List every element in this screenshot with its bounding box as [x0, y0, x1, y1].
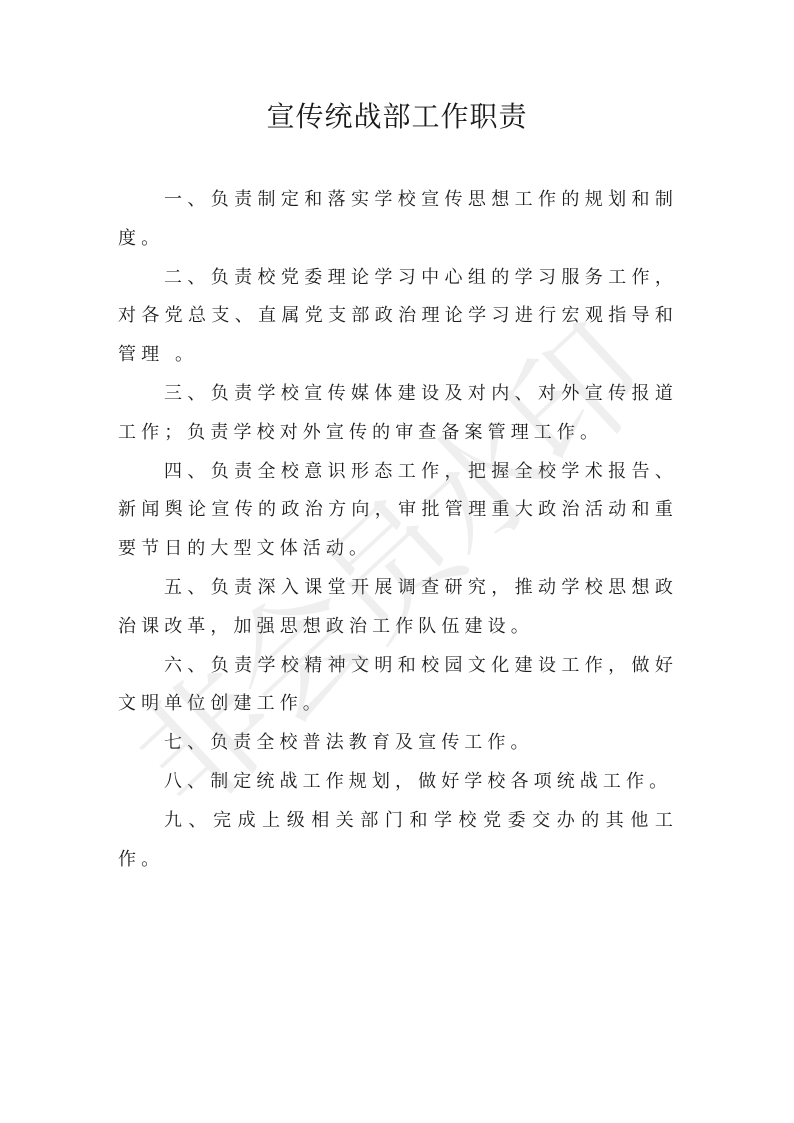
duty-item-3: 三、负责学校宣传媒体建设及对内、对外宣传报道工作；负责学校对外宣传的审查备案管理…	[118, 375, 678, 453]
document-body: 一、负责制定和落实学校宣传思想工作的规划和制度。 二、负责校党委理论学习中心组的…	[118, 181, 678, 879]
duty-item-6: 六、负责学校精神文明和校园文化建设工作，做好文明单位创建工作。	[118, 647, 678, 725]
duty-item-1: 一、负责制定和落实学校宣传思想工作的规划和制度。	[118, 181, 678, 259]
document-page: 宣传统战部工作职责 一、负责制定和落实学校宣传思想工作的规划和制度。 二、负责校…	[0, 0, 794, 1123]
duty-item-4: 四、负责全校意识形态工作，把握全校学术报告、新闻舆论宣传的政治方向，审批管理重大…	[118, 453, 678, 569]
duty-item-7: 七、负责全校普法教育及宣传工作。	[118, 724, 678, 763]
duty-item-2: 二、负责校党委理论学习中心组的学习服务工作，对各党总支、直属党支部政治理论学习进…	[118, 259, 678, 375]
duty-item-9: 九、完成上级相关部门和学校党委交办的其他工作。	[118, 802, 678, 880]
duty-item-5: 五、负责深入课堂开展调查研究，推动学校思想政治课改革，加强思想政治工作队伍建设。	[118, 569, 678, 647]
document-title: 宣传统战部工作职责	[0, 98, 794, 136]
duty-item-8: 八、制定统战工作规划，做好学校各项统战工作。	[118, 763, 678, 802]
